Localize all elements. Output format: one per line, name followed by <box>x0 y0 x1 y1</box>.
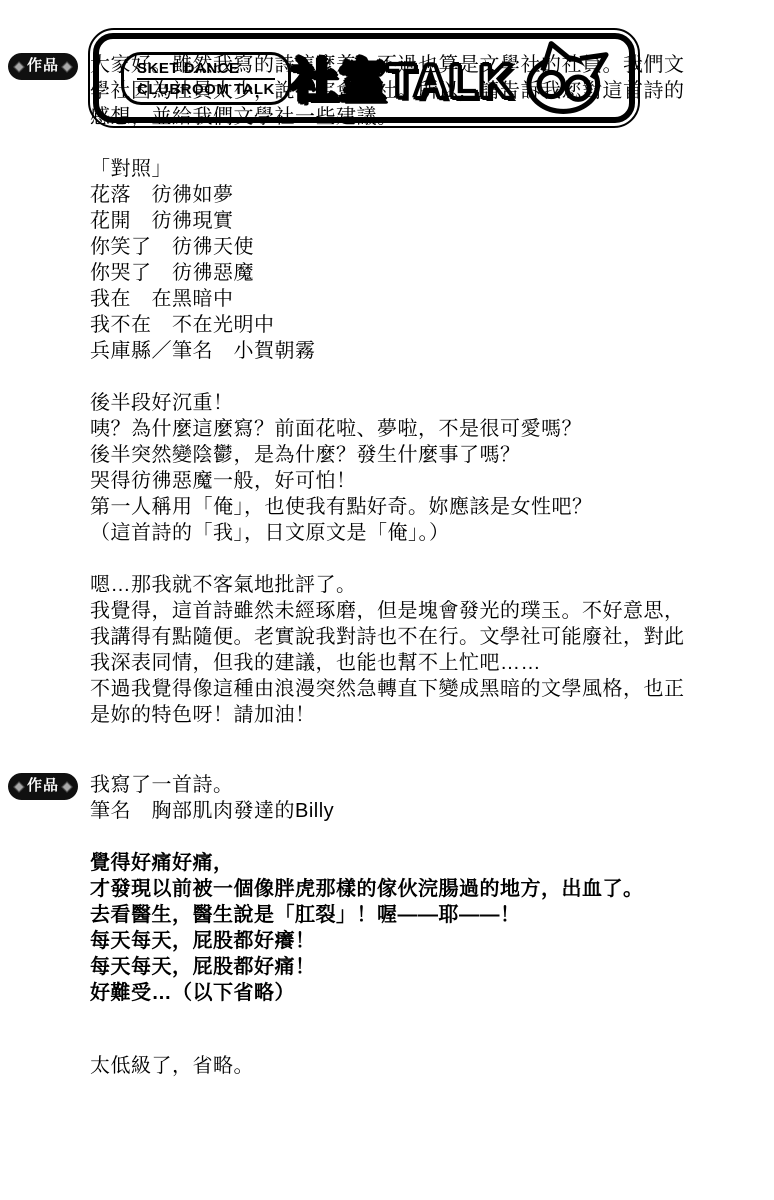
work-badge-label: 作品 <box>27 58 59 73</box>
diamond-icon <box>61 781 72 792</box>
submission-intro-paragraph: 我寫了一首詩。 筆名 胸部肌肉發達的Billy <box>90 772 738 824</box>
work-badge: 作品 <box>8 53 78 80</box>
submission-intro-paragraph: 大家好。雖然我寫的詩這麼差，不過也算是文學社的社員。我們文 學社因為社員太少，說… <box>90 52 738 130</box>
submitted-poem: 「對照」 花落 彷彿如夢 花開 彷彿現實 你笑了 彷彿天使 你哭了 彷彿惡魔 我… <box>90 156 738 364</box>
work-badge: 作品 <box>8 773 78 800</box>
reply-paragraph-2: 嗯…那我就不客氣地批評了。 我覺得，這首詩雖然未經琢磨，但是塊會發光的璞玉。不好… <box>90 572 738 728</box>
diamond-icon <box>61 61 72 72</box>
diamond-icon <box>13 781 24 792</box>
manga-clubroom-talk-page: SKET DANCE CLUBROOM TALK 社室TALK 作品 大家好。雖… <box>0 0 774 1200</box>
reply-paragraph-1: 後半段好沉重！ 咦？為什麼這麼寫？前面花啦、夢啦，不是很可愛嗎？ 後半突然變陰鬱… <box>90 390 738 546</box>
submitted-poem: 覺得好痛好痛， 才發現以前被一個像胖虎那樣的傢伙浣腸過的地方，出血了。 去看醫生… <box>90 850 738 1006</box>
reply-paragraph: 太低級了，省略。 <box>90 1053 738 1079</box>
diamond-icon <box>13 61 24 72</box>
submission-section-2: 作品 我寫了一首詩。 筆名 胸部肌肉發達的Billy 覺得好痛好痛， 才發現以前… <box>0 772 774 1079</box>
work-badge-label: 作品 <box>27 778 59 793</box>
submission-section-1: 作品 大家好。雖然我寫的詩這麼差，不過也算是文學社的社員。我們文 學社因為社員太… <box>0 52 774 728</box>
